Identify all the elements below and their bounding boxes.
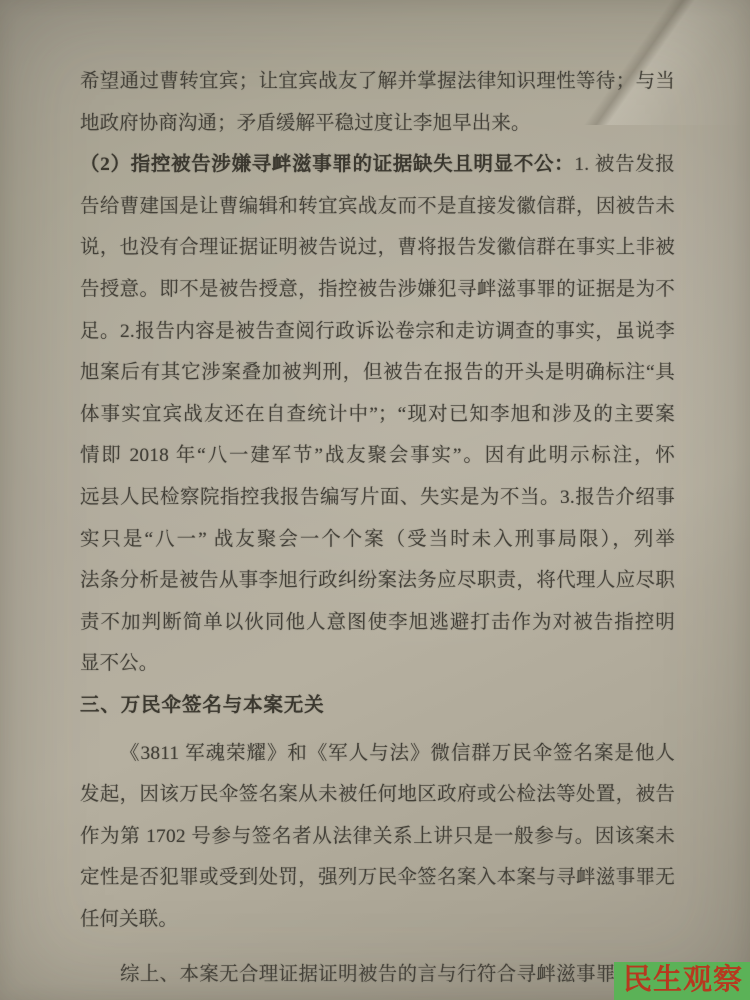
document-line: 定性是否犯罪或受到处罚，强列万民伞签名案入本案与寻衅滋事罪无 — [80, 857, 675, 899]
document-line: 情即 2018 年“八一建军节”战友聚会事实”。因有此明示标注，怀 — [80, 435, 675, 477]
document-line: 告给曹建国是让曹编辑和转宜宾战友而不是直接发徽信群，因被告未 — [80, 186, 675, 228]
document-line: 地政府协商沟通；矛盾缓解平稳过度让李旭早出来。 — [80, 103, 675, 145]
document-line: 法条分析是被告从事李旭行政纠纷案法务应尽职责，将代理人应尽职 — [80, 560, 675, 602]
document-line: 责不加判断简单以伙同他人意图使李旭逃避打击作为对被告指控明 — [80, 602, 675, 644]
document-line: 说，也没有合理证据证明被告说过，曹将报告发徽信群在事实上非被 — [80, 227, 675, 269]
document-line: 体事实宜宾战友还在自查统计中”；“现对已知李旭和涉及的主要案 — [80, 394, 675, 436]
document-line: 实只是“八一” 战友聚会一个个案（受当时未入刑事局限），列举 — [80, 519, 675, 561]
section-heading: 三、万民伞签名与本案无关 — [80, 685, 675, 727]
watermark-minsheng-guancha: 民生观察 — [614, 962, 750, 1000]
document-line: 旭案后有其它涉案叠加被判刑，但被告在报告的开头是明确标注“具 — [80, 352, 675, 394]
document-page: 希望通过曹转宜宾；让宜宾战友了解并掌握法律知识理性等待；与当 地政府协商沟通；矛… — [0, 0, 750, 1000]
document-line: 显不公。 — [80, 643, 675, 685]
document-line: 远县人民检察院指控我报告编写片面、失实是为不当。3.报告介绍事 — [80, 477, 675, 519]
document-line: 希望通过曹转宜宾；让宜宾战友了解并掌握法律知识理性等待；与当 — [80, 61, 675, 103]
document-line: （2）指控被告涉嫌寻衅滋事罪的证据缺失且明显不公：1. 被告发报 — [80, 144, 675, 186]
document-line: 《3811 军魂荣耀》和《军人与法》微信群万民伞签名案是他人 — [80, 733, 675, 775]
document-line: 综上、本案无合理证据证明被告的言与行符合寻衅滋事罪，因在 — [80, 954, 675, 996]
document-line: 发起，因该万民伞签名案从未被任何地区政府或公检法等处置，被告 — [80, 774, 675, 816]
point-2-lead-tail: 1. 被告发报 — [574, 154, 675, 175]
document-line: 足。2.报告内容是被告查阅行政诉讼卷宗和走访调查的事实，虽说李 — [80, 311, 675, 353]
document-line: 作为第 1702 号参与签名者从法律关系上讲只是一般参与。因该案未 — [80, 816, 675, 858]
document-text: 希望通过曹转宜宾；让宜宾战友了解并掌握法律知识理性等待；与当 地政府协商沟通；矛… — [80, 61, 675, 996]
point-2-lead: （2）指控被告涉嫌寻衅滋事罪的证据缺失且明显不公： — [80, 154, 574, 175]
document-line: 任何关联。 — [80, 899, 675, 941]
document-line: 告授意。即不是被告授意，指控被告涉嫌犯寻衅滋事罪的证据是为不 — [80, 269, 675, 311]
